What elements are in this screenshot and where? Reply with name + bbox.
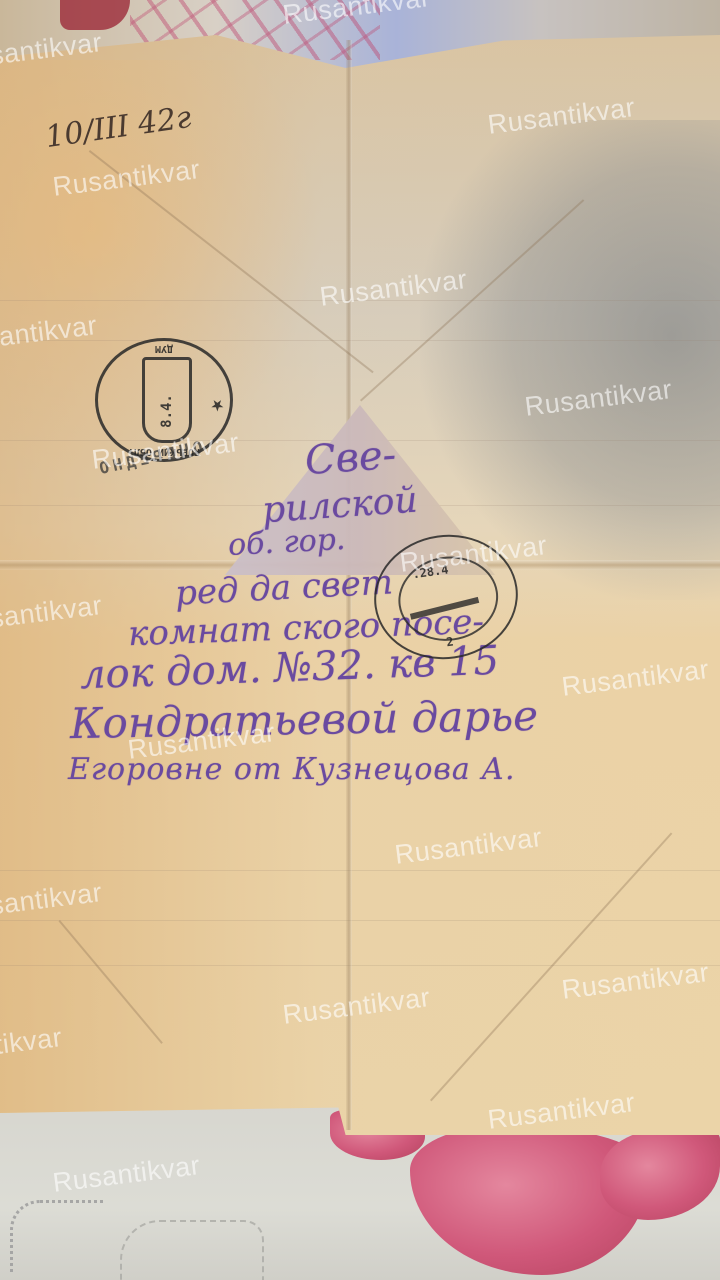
shadow bbox=[420, 120, 720, 600]
postmark-ring-text: ДУМ bbox=[98, 343, 230, 354]
address-line: об. гор. bbox=[227, 522, 346, 563]
star-icon: ★ bbox=[211, 394, 224, 419]
postmark-date: 8.4. bbox=[159, 394, 175, 428]
lace-pattern bbox=[120, 1220, 264, 1280]
ruled-line bbox=[0, 965, 720, 966]
ruled-line bbox=[0, 340, 720, 341]
lace-pattern bbox=[10, 1200, 103, 1273]
photo-scene: 10/ІІІ 42г ГОРЬКИЙ ОБЛ. ★ 8.4. ДУМ ОЧЕРЕ… bbox=[0, 0, 720, 1280]
ruled-line bbox=[0, 870, 720, 871]
ruled-line bbox=[0, 920, 720, 921]
address-line: Све- bbox=[304, 432, 398, 484]
